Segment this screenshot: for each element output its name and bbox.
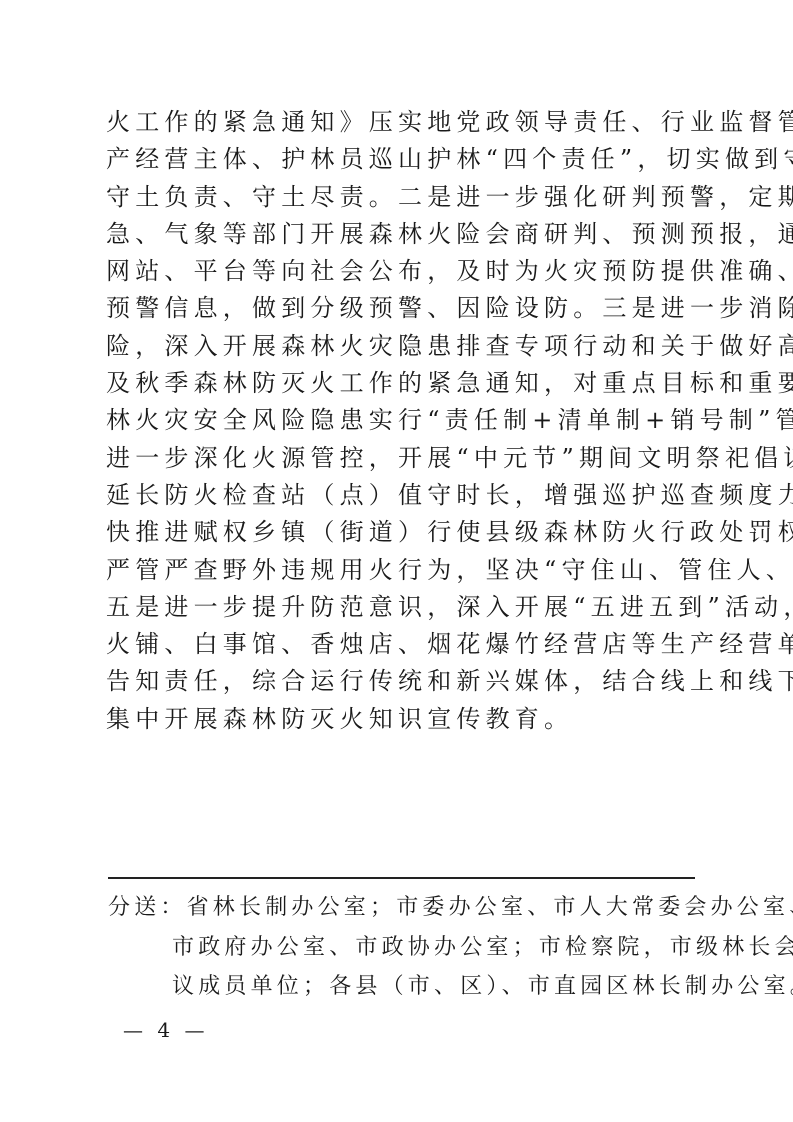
body-line: 快推进赋权乡镇（街道）行使县级森林防火行政处罚权工作，	[106, 514, 696, 551]
distribution-label: 分送：	[108, 895, 187, 920]
body-line: 火工作的紧急通知》压实地党政领导责任、行业监督管理、生	[106, 104, 696, 141]
body-line: 急、气象等部门开展森林火险会商研判、预测预报，通过广播、	[106, 216, 696, 253]
distribution-line: 分送：省林长制办公室；市委办公室、市人大常委会办公室、	[108, 888, 708, 928]
distribution-line: 市政府办公室、市政协办公室；市检察院，市级林长会	[108, 928, 708, 968]
body-line: 火铺、白事馆、香烛店、烟花爆竹经营店等生产经营单位提醒	[106, 626, 696, 663]
body-line: 林火灾安全风险隐患实行“责任制+清单制+销号制”管理。四是	[106, 402, 696, 439]
distribution-recipients: 省林长制办公室；市委办公室、市人大常委会办公室、	[187, 895, 793, 920]
body-line: 网站、平台等向社会公布，及时为火灾预防提供准确、科学的	[106, 253, 696, 290]
body-line: 告知责任，综合运行传统和新兴媒体，结合线上和线下手段，	[106, 663, 696, 700]
document-body: 火工作的紧急通知》压实地党政领导责任、行业监督管理、生 产经营主体、护林员巡山护…	[106, 104, 696, 738]
body-line: 延长防火检查站（点）值守时长，增强巡护巡查频度力度，加	[106, 477, 696, 514]
body-line: 五是进一步提升防范意识，深入开展“五进五到”活动，落实纸	[106, 589, 696, 626]
distribution-divider	[108, 877, 695, 879]
distribution-list: 分送：省林长制办公室；市委办公室、市人大常委会办公室、 市政府办公室、市政协办公…	[108, 888, 708, 1007]
body-line: 集中开展森林防灭火知识宣传教育。	[106, 701, 696, 738]
distribution-line: 议成员单位；各县（市、区）、市直园区林长制办公室。	[108, 967, 708, 1007]
body-line: 守土负责、守土尽责。二是进一步强化研判预警，定期会同应	[106, 179, 696, 216]
body-line: 进一步深化火源管控，开展“中元节”期间文明祭祀倡议活动，	[106, 440, 696, 477]
body-line: 险，深入开展森林火灾隐患排查专项行动和关于做好高温天气	[106, 328, 696, 365]
body-line: 严管严查野外违规用火行为，坚决“守住山、管住人、防住火”。	[106, 552, 696, 589]
body-line: 产经营主体、护林员巡山护林“四个责任”，切实做到守土有责、	[106, 141, 696, 178]
body-line: 及秋季森林防灭火工作的紧急通知，对重点目标和重要设施森	[106, 365, 696, 402]
body-line: 预警信息，做到分级预警、因险设防。三是进一步消除隐患风	[106, 290, 696, 327]
page-number: — 4 —	[123, 1018, 208, 1042]
